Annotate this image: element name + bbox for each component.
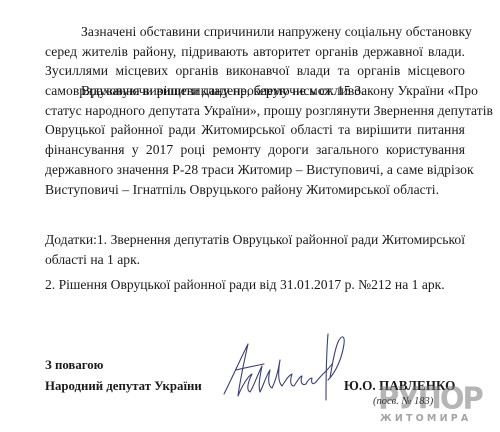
attachments-item-2: 2. Рішення Овруцької районної ради від 3… [45, 275, 445, 295]
text-line: серед жителів району, підривають авторит… [45, 42, 465, 62]
text-line: Додатки:1. Звернення депутатів Овруцької… [45, 230, 465, 250]
text-line: державного значення Р-28 траси Житомир –… [45, 160, 465, 180]
closing-text: З повагою [45, 358, 103, 373]
document-page: Зазначені обставини спричинили напружену… [0, 0, 500, 432]
text-line: статус народного депутата України», прош… [45, 101, 465, 121]
watermark-sub-text: ЖИТОМИРА [380, 413, 471, 424]
signer-position: Народний депутат України [45, 379, 202, 394]
text-line: фінансування у 2017 році ремонту дороги … [45, 140, 465, 160]
text-line: Зусиллями місцевих органів виконавчої вл… [45, 61, 465, 81]
handwritten-signature [218, 330, 348, 405]
certificate-number: (посв. № 183) [373, 396, 433, 407]
signer-name: Ю.О. ПАВЛЕНКО [344, 378, 455, 394]
text-line: Зазначені обставини спричинили напружену… [45, 22, 465, 42]
text-line: Овруцької районної ради Житомирської обл… [45, 120, 465, 140]
text-line: Виступовичі – Ігнатпіль Овруцького район… [45, 180, 465, 200]
text-line: Враховуючи вищевикладене, керуючись ст. … [45, 81, 465, 101]
attachments-item-1: Додатки:1. Звернення депутатів Овруцької… [45, 230, 465, 270]
text-line: області на 1 арк. [45, 250, 465, 270]
paragraph-request: Враховуючи вищевикладене, керуючись ст. … [45, 81, 465, 199]
